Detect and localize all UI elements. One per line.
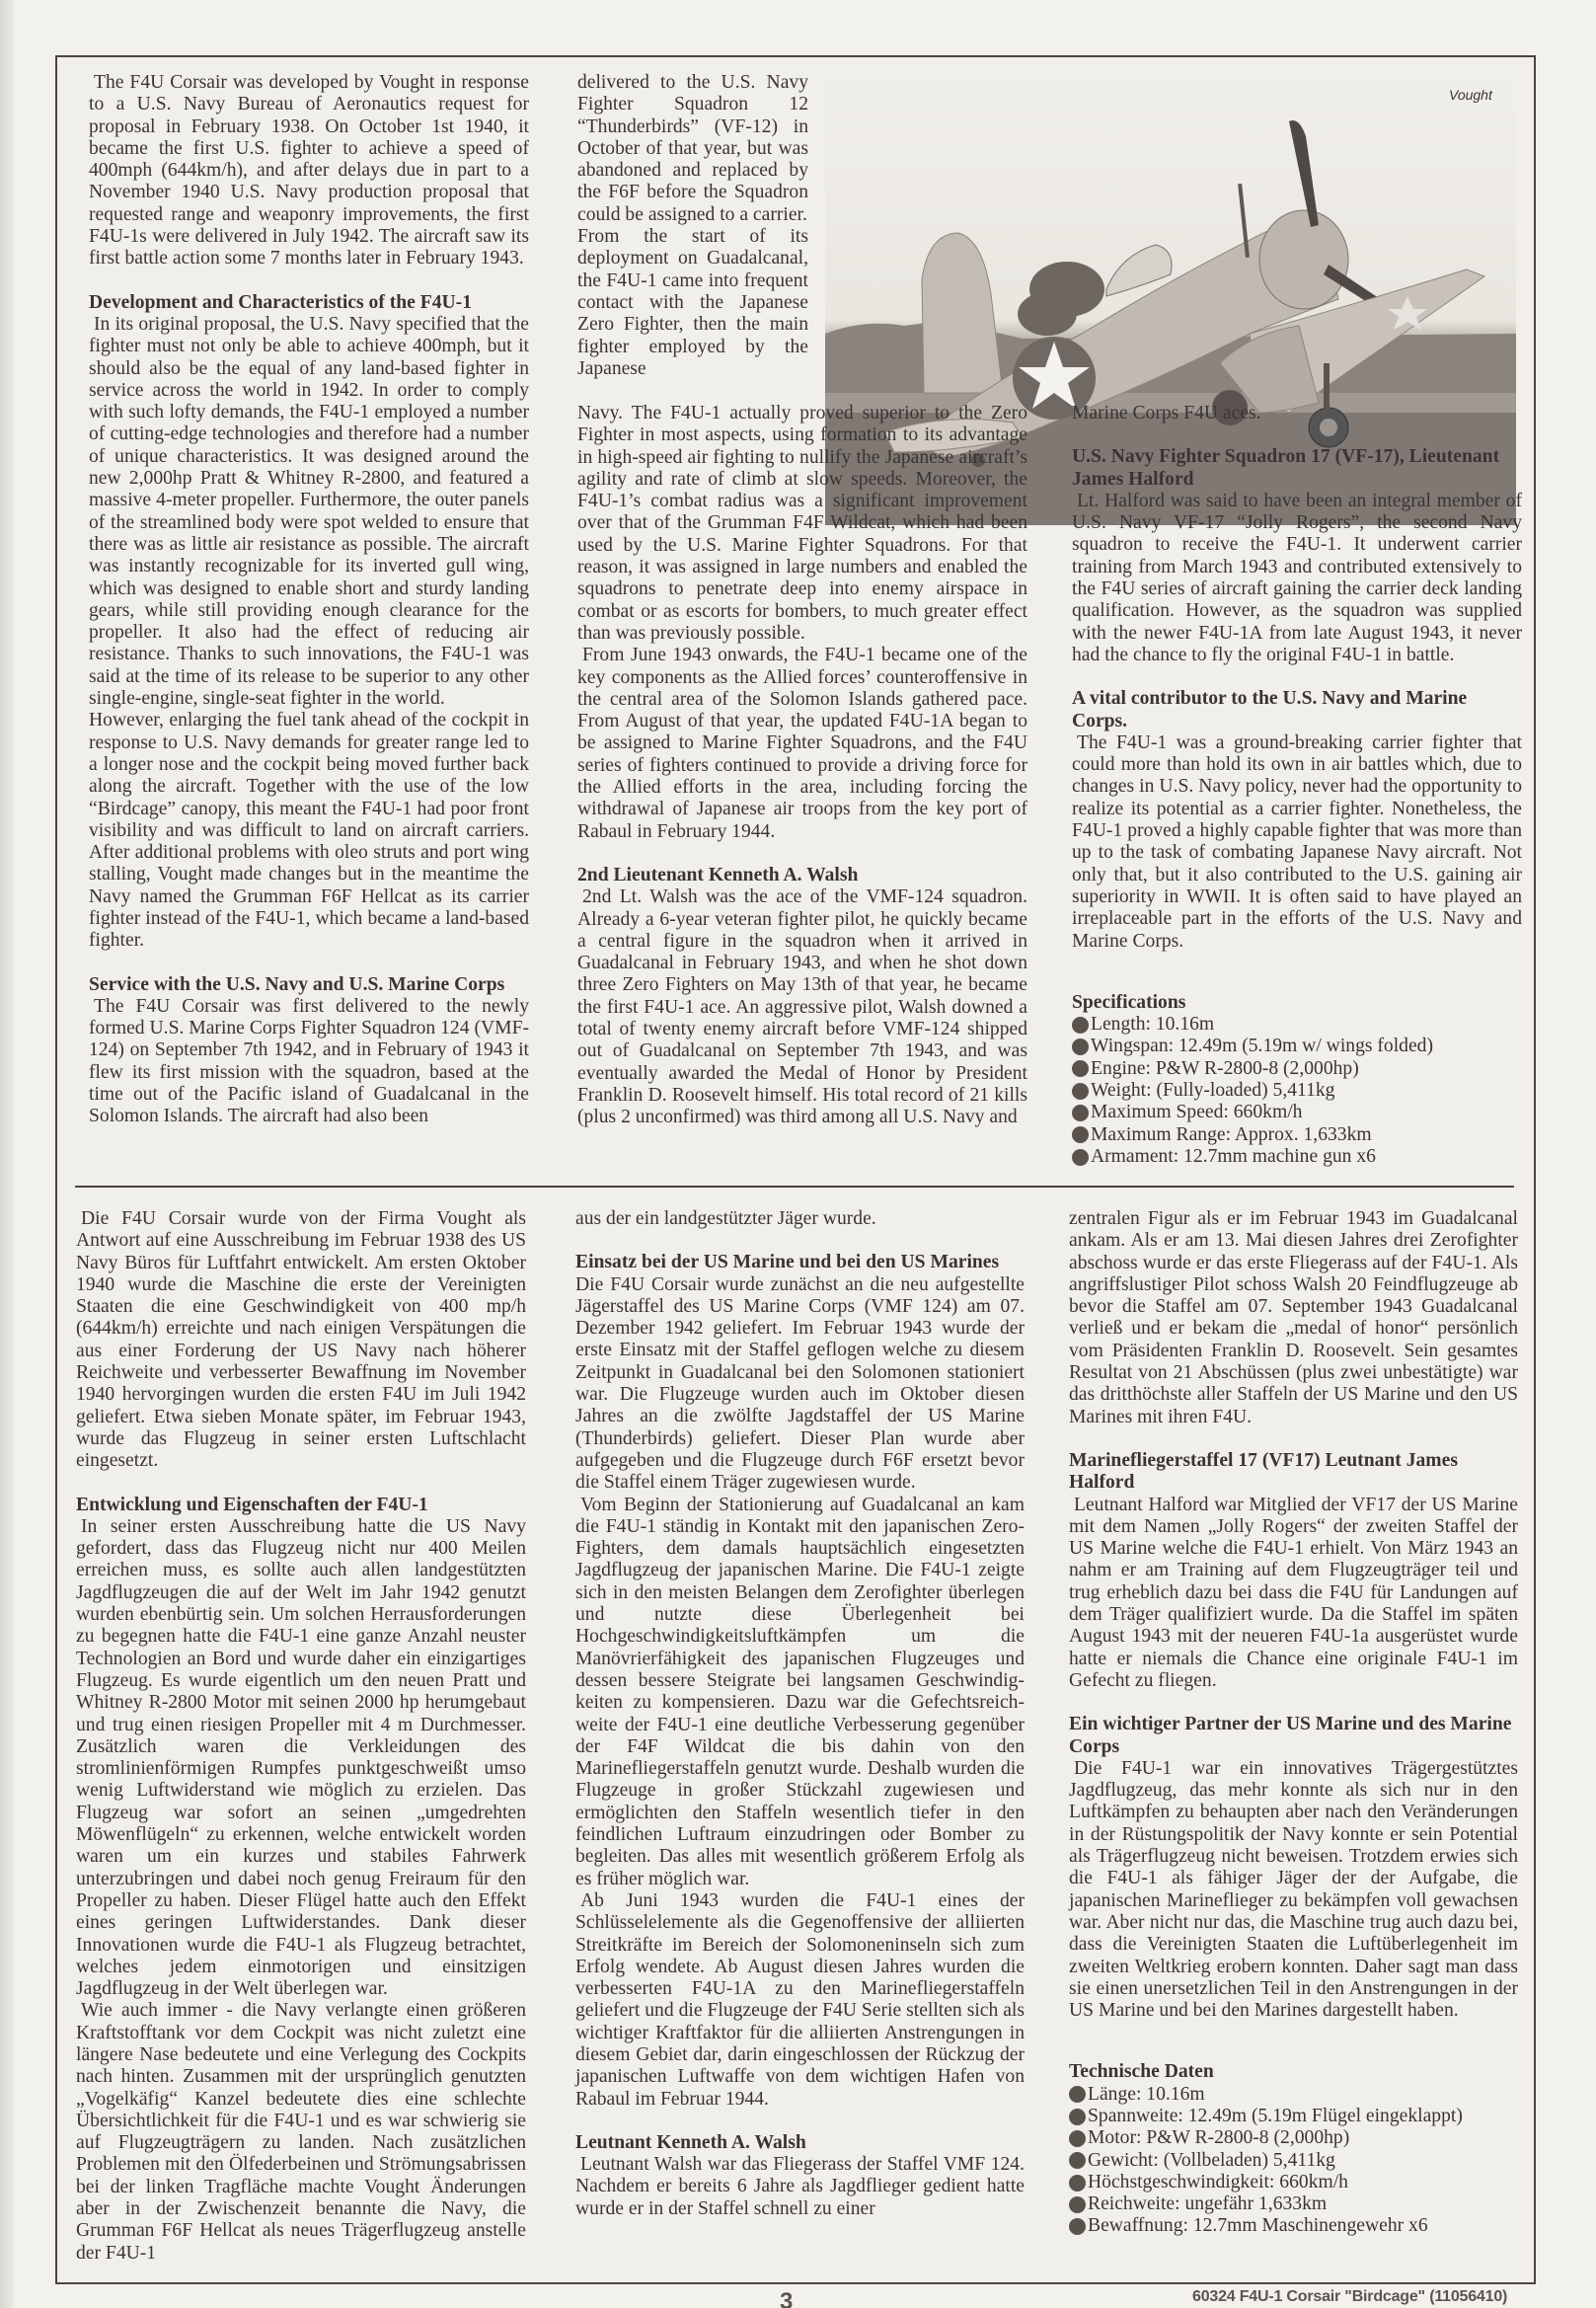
spec-item: Armament: 12.7mm machine gun x6 (1072, 1146, 1522, 1168)
german-intro: Die F4U Corsair wurde von der Firma Voug… (76, 1208, 526, 1473)
german-service-p3: Ab Juni 1943 wurden die F4U-1 eines der … (575, 1890, 1025, 2111)
english-column-1: The F4U Corsair was developed by Vought … (89, 72, 529, 1128)
spec-item: Wingspan: 12.49m (5.19m w/ wings folded) (1072, 1036, 1522, 1057)
english-walsh-heading: 2nd Lieutenant Kenneth A. Walsh (577, 865, 1027, 886)
language-divider (75, 1186, 1514, 1188)
german-column-3: zentralen Figur als er im Februar 1943 i… (1069, 1208, 1518, 2238)
english-halford-paragraph: Lt. Halford was said to have been an int… (1072, 491, 1522, 666)
english-vf12-paragraph: delivered to the U.S. Navy Fighter Squad… (577, 72, 808, 226)
english-vital-contributor-paragraph: The F4U-1 was a ground-breaking carrier … (1072, 732, 1522, 953)
bullet-icon (1069, 2130, 1086, 2147)
german-development-heading: Entwicklung und Eigenschaften der F4U-1 (76, 1495, 526, 1516)
page-number: 3 (780, 2288, 793, 2308)
german-column-1: Die F4U Corsair wurde von der Firma Voug… (76, 1208, 526, 2265)
spec-item: Höchstgeschwindigkeit: 660km/h (1069, 2172, 1518, 2193)
spec-item: Gewicht: (Vollbeladen) 5,411kg (1069, 2150, 1518, 2172)
bullet-icon (1072, 1083, 1089, 1100)
spec-item: Bewaffnung: 12.7mm Maschinengewehr x6 (1069, 2215, 1518, 2237)
german-service-p1: Die F4U Corsair wurde zunächst an die ne… (575, 1274, 1025, 1495)
german-service-p2: Vom Beginn der Stationierung auf Guadalc… (575, 1495, 1025, 1890)
english-development-heading: Development and Characteristics of the F… (89, 292, 529, 314)
german-service-heading: Einsatz bei der US Marine und bei den US… (575, 1252, 1025, 1273)
german-walsh-paragraph-end: zentralen Figur als er im Februar 1943 i… (1069, 1208, 1518, 1428)
spec-item: Motor: P&W R-2800-8 (2,000hp) (1069, 2127, 1518, 2149)
bullet-icon (1072, 1017, 1089, 1034)
bullet-icon (1069, 2175, 1086, 2192)
english-service-p1: The F4U Corsair was first delivered to t… (89, 996, 529, 1128)
english-guadalcanal-paragraph-start: From the start of its deployment on Guad… (577, 226, 808, 380)
bullet-icon (1069, 2196, 1086, 2213)
bullet-icon (1072, 1126, 1089, 1143)
english-specifications-heading: Specifications (1072, 992, 1522, 1014)
english-development-p2: However, enlarging the fuel tank ahead o… (89, 710, 529, 952)
german-partner-heading: Ein wichtiger Partner der US Marine und … (1069, 1714, 1518, 1758)
german-walsh-paragraph: Leutnant Walsh war das Fliegerass der St… (575, 2154, 1025, 2220)
english-intro: The F4U Corsair was developed by Vought … (89, 72, 529, 270)
german-halford-paragraph: Leutnant Halford war Mitglied der VF17 d… (1069, 1495, 1518, 1693)
german-partner-paragraph: Die F4U-1 war ein innovatives Trägergest… (1069, 1758, 1518, 2023)
spec-item: Length: 10.16m (1072, 1014, 1522, 1036)
spec-item: Länge: 10.16m (1069, 2084, 1518, 2106)
english-walsh-paragraph-end: Marine Corps F4U aces. (1072, 403, 1522, 424)
bullet-icon (1069, 2086, 1086, 2103)
english-specifications-list: Length: 10.16m Wingspan: 12.49m (5.19m w… (1072, 1014, 1522, 1168)
english-zero-fighter-paragraph: Navy. The F4U-1 actually proved superior… (577, 403, 1027, 645)
english-walsh-paragraph: 2nd Lt. Walsh was the ace of the VMF-124… (577, 886, 1027, 1128)
english-development-p1: In its original proposal, the U.S. Navy … (89, 314, 529, 710)
spec-item: Maximum Speed: 660km/h (1072, 1102, 1522, 1123)
bullet-icon (1072, 1149, 1089, 1166)
english-halford-heading: U.S. Navy Fighter Squadron 17 (VF-17), L… (1072, 446, 1522, 491)
german-development-p2-end: aus der ein landgestützter Jäger wurde. (575, 1208, 1025, 1230)
bullet-icon (1069, 2218, 1086, 2235)
spec-item: Reichweite: ungefähr 1,633km (1069, 2193, 1518, 2215)
bullet-icon (1072, 1060, 1089, 1077)
german-halford-heading: Marinefliegerstaffel 17 (VF17) Leutnant … (1069, 1450, 1518, 1495)
english-june-1943-paragraph: From June 1943 onwards, the F4U-1 became… (577, 645, 1027, 843)
bullet-icon (1072, 1105, 1089, 1121)
spec-item: Engine: P&W R-2800-8 (2,000hp) (1072, 1058, 1522, 1080)
english-service-heading: Service with the U.S. Navy and U.S. Mari… (89, 974, 529, 996)
german-technical-data-list: Länge: 10.16m Spannweite: 12.49m (5.19m … (1069, 2084, 1518, 2238)
english-column-2-wide: Navy. The F4U-1 actually proved superior… (577, 403, 1027, 1129)
german-development-p1: In seiner ersten Ausschreibung hatte die… (76, 1516, 526, 2001)
photo-credit: Vought (1449, 87, 1492, 103)
bullet-icon (1072, 1039, 1089, 1055)
spec-item: Maximum Range: Approx. 1,633km (1072, 1124, 1522, 1146)
english-vital-contributor-heading: A vital contributor to the U.S. Navy and… (1072, 688, 1522, 732)
spec-item: Spannweite: 12.49m (5.19m Flügel eingekl… (1069, 2106, 1518, 2127)
english-column-2-narrow: delivered to the U.S. Navy Fighter Squad… (577, 72, 808, 380)
german-technical-data-heading: Technische Daten (1069, 2061, 1518, 2083)
english-column-3: Marine Corps F4U aces. U.S. Navy Fighter… (1072, 403, 1522, 1168)
bullet-icon (1069, 2109, 1086, 2125)
product-code: 60324 F4U-1 Corsair "Birdcage" (11056410… (1192, 2288, 1507, 2306)
german-column-2: aus der ein landgestützter Jäger wurde. … (575, 1208, 1025, 2220)
german-development-p2: Wie auch immer - die Navy verlangte eine… (76, 2000, 526, 2265)
spec-item: Weight: (Fully-loaded) 5,411kg (1072, 1080, 1522, 1102)
german-walsh-heading: Leutnant Kenneth A. Walsh (575, 2132, 1025, 2154)
bullet-icon (1069, 2152, 1086, 2169)
paper-edge (0, 0, 14, 2308)
